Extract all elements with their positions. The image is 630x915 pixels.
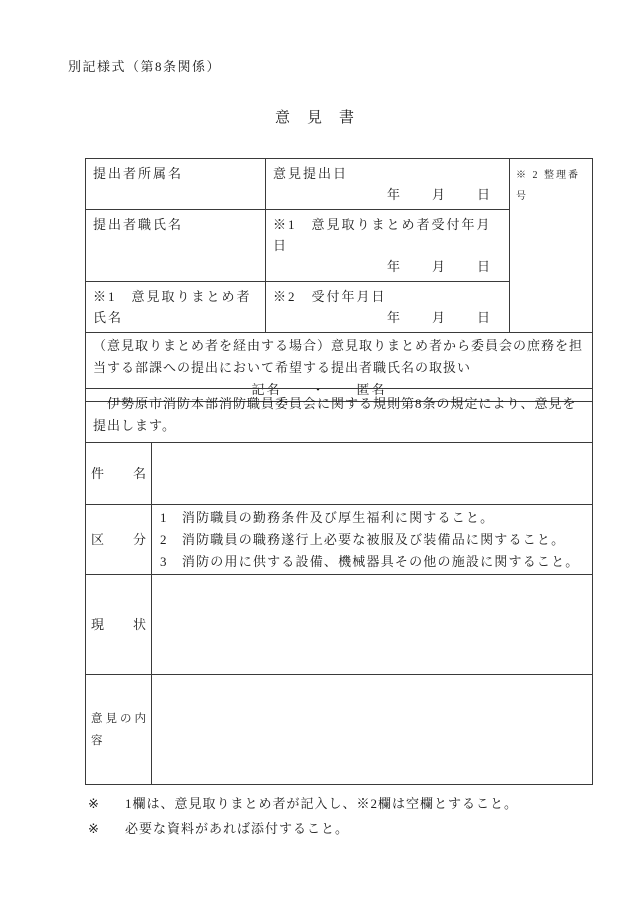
name-handling-note: （意見取りまとめ者を経由する場合）意見取りまとめ者から委員会の庶務を担当する部課… (93, 335, 585, 379)
coordinator-receipt-date-blank: 年 月 日 (273, 256, 502, 277)
declaration-text: 伊勢原市消防本部消防職員委員会に関する規則第8条の規定により、意見を提出します。 (86, 389, 593, 443)
table-row: 提出者所属名 意見提出日 年 月 日 ※ 2 整理番号 (86, 159, 593, 210)
opinion-detail-table: 伊勢原市消防本部消防職員委員会に関する規則第8条の規定により、意見を提出します。… (85, 388, 593, 785)
coordinator-receipt-date-label: ※1 意見取りまとめ者受付年月日 (273, 214, 502, 256)
opinion-content-label: 意見の内容 (86, 675, 152, 785)
receipt-date-cell: ※2 受付年月日 年 月 日 (266, 282, 510, 333)
category-option-2: 2 消防職員の職務遂行上必要な被服及び装備品に関すること。 (160, 529, 586, 551)
category-option-1: 1 消防職員の勤務条件及び厚生福利に関すること。 (160, 507, 586, 529)
current-status-label: 現 状 (86, 575, 152, 675)
receipt-date-blank: 年 月 日 (273, 307, 502, 328)
table-row: 伊勢原市消防本部消防職員委員会に関する規則第8条の規定により、意見を提出します。 (86, 389, 593, 443)
current-status-field (152, 575, 593, 675)
opinion-form-page: 別記様式（第8条関係） 意 見 書 提出者所属名 意見提出日 年 月 日 ※ 2… (0, 0, 630, 915)
footnote-1-text: 1欄は、意見取りまとめ者が記入し、※2欄は空欄とすること。 (125, 791, 518, 816)
form-style-note: 別記様式（第8条関係） (68, 56, 221, 75)
receipt-date-label: ※2 受付年月日 (273, 286, 502, 307)
category-options-cell: 1 消防職員の勤務条件及び厚生福利に関すること。 2 消防職員の職務遂行上必要な… (152, 505, 593, 575)
table-row: 件 名 (86, 443, 593, 505)
table-row: 意見の内容 (86, 675, 593, 785)
submission-date-cell: 意見提出日 年 月 日 (266, 159, 510, 210)
page-title: 意 見 書 (0, 106, 630, 127)
subject-label: 件 名 (86, 443, 152, 505)
category-label: 区 分 (86, 505, 152, 575)
submission-date-blank: 年 月 日 (273, 184, 502, 205)
opinion-content-field (152, 675, 593, 785)
footnote-1-marker: ※ (88, 791, 125, 816)
table-row: 現 状 (86, 575, 593, 675)
subject-field (152, 443, 593, 505)
submission-date-label: 意見提出日 (273, 163, 502, 184)
footnote-2-marker: ※ (88, 816, 125, 841)
coordinator-receipt-date-cell: ※1 意見取りまとめ者受付年月日 年 月 日 (266, 210, 510, 282)
coordinator-name-label: ※1 意見取りまとめ者氏名 (86, 282, 266, 333)
submitter-affiliation-label: 提出者所属名 (86, 159, 266, 210)
footnotes: ※ 1欄は、意見取りまとめ者が記入し、※2欄は空欄とすること。 ※ 必要な資料が… (88, 791, 588, 841)
category-option-3: 3 消防の用に供する設備、機械器具その他の施設に関すること。 (160, 551, 586, 573)
submitter-name-label: 提出者職氏名 (86, 210, 266, 282)
serial-number-cell: ※ 2 整理番号 (510, 159, 593, 333)
submitter-info-table: 提出者所属名 意見提出日 年 月 日 ※ 2 整理番号 提出者職氏名 ※1 意見… (85, 158, 593, 402)
table-row: 区 分 1 消防職員の勤務条件及び厚生福利に関すること。 2 消防職員の職務遂行… (86, 505, 593, 575)
footnote-2-text: 必要な資料があれば添付すること。 (125, 816, 349, 841)
footnote-1: ※ 1欄は、意見取りまとめ者が記入し、※2欄は空欄とすること。 (88, 791, 588, 816)
footnote-2: ※ 必要な資料があれば添付すること。 (88, 816, 588, 841)
